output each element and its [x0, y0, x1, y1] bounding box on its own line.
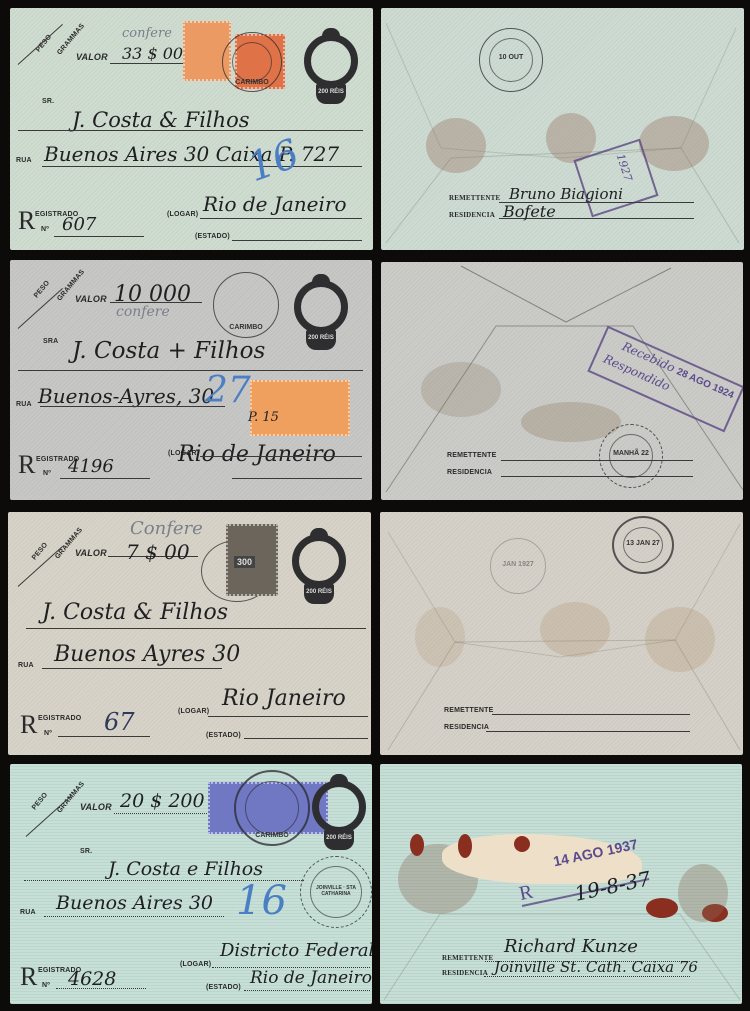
pencil-note: confere [122, 26, 172, 41]
registrado-label: EGISTRADO [38, 715, 81, 722]
numero-label: Nº [44, 730, 52, 737]
blue-mark: 27 [205, 370, 251, 411]
blue-mark: 16 [236, 878, 287, 924]
remettente-label: REMETTENTE [444, 707, 493, 714]
envelope-4-back: 14 AGO 1937 R 19-8-37 REMETTENTE Richard… [380, 764, 742, 1004]
postmark: CARIMBO [222, 32, 282, 92]
numero-label: Nº [42, 982, 50, 989]
postmark-faint: JAN 1927 [490, 538, 546, 594]
logar-label: (LOGAR) [178, 708, 209, 715]
registered-r: R [18, 206, 35, 236]
addressee: J. Costa e Filhos [108, 858, 263, 880]
envelope-1-front: PESO GRAMMAS VALOR 33 $ 000 confere CARI… [10, 8, 373, 250]
estado-label: (ESTADO) [206, 732, 241, 739]
numero-label: Nº [43, 470, 51, 477]
logar-label: (LOGAR) [167, 211, 198, 218]
remettente-label: REMETTENTE [447, 452, 496, 459]
pencil-note: Confere [130, 518, 203, 539]
sender-residence: Bofete [503, 202, 556, 221]
rua-label: RUA [20, 909, 36, 916]
postmark: CARIMBO [234, 770, 310, 846]
sender-residence: Joinville St. Cath. Caixa 76 [494, 958, 698, 976]
pencil-note: confere [116, 304, 170, 320]
rua-label: RUA [18, 662, 34, 669]
valor-label: VALOR [75, 294, 107, 304]
envelope-4-front: PESO GRAMMAS VALOR 20 $ 200 CARIMBO 200 … [10, 764, 372, 1004]
estado-label: (ESTADO) [195, 233, 230, 240]
residencia-label: RESIDENCIA [449, 211, 495, 219]
registered-r: R [20, 710, 37, 740]
printed-indicia: 200 RÉIS [302, 28, 360, 108]
valor-value: 20 $ 200 [120, 790, 205, 812]
envelope-3-back: JAN 1927 13 JAN 27 REMETTENTE RESIDENCIA [380, 512, 743, 755]
street: Buenos-Ayres, 30 [38, 384, 214, 408]
sr-label: SR. [42, 98, 54, 105]
rua-label: RUA [16, 401, 32, 408]
logar-value: Rio de Janeiro [203, 192, 347, 216]
remettente-label: REMETTENTE [449, 194, 500, 202]
residencia-label: RESIDENCIA [444, 724, 489, 731]
postmark: 13 JAN 27 [612, 516, 674, 574]
numero-label: Nº [41, 226, 49, 233]
addressee: J. Costa & Filhos [42, 600, 228, 625]
salutation: SRA [43, 338, 58, 345]
residencia-label: RESIDENCIA [447, 469, 492, 476]
printed-indicia: 200 RÉIS [310, 774, 368, 854]
registration-number: 67 [104, 708, 135, 736]
valor-label: VALOR [76, 52, 108, 62]
registered-r: R [18, 450, 35, 480]
addressee: J. Costa + Filhos [72, 338, 265, 364]
postmark-joinville: JOINVILLE · STA CATHARINA [300, 856, 372, 928]
street: Buenos Ayres 30 [54, 642, 240, 667]
envelope-3-front: PESO GRAMMAS VALOR 7 $ 00 Confere 300 20… [8, 512, 371, 755]
estado-value: Rio de Janeiro [250, 968, 372, 988]
envelope-2-front: PESO GRAMMAS VALOR 10 000 confere CARIMB… [10, 260, 372, 500]
residencia-label: RESIDENCIA [442, 969, 488, 977]
note: P. 15 [248, 410, 279, 425]
envelope-2-back: Recebido 28 AGO 1924 Respondido MANHÃ 22… [381, 262, 743, 500]
stamp-orange-pair [250, 380, 350, 436]
logar-label: (LOGAR) [180, 961, 211, 968]
registration-number: 4628 [68, 968, 116, 990]
printed-indicia: 200 RÉIS [290, 528, 348, 608]
printed-indicia: 200 RÉIS [292, 274, 350, 354]
registered-r: R [20, 962, 37, 992]
street: Buenos Aires 30 [56, 892, 213, 914]
valor-label: VALOR [75, 548, 107, 558]
postmark: MANHÃ 22 [599, 424, 663, 488]
logar-value: Districto Federal [220, 940, 372, 961]
addressee: J. Costa & Filhos [72, 108, 250, 132]
postmark: 10 OUT [479, 28, 543, 92]
envelope-1-back: 10 OUT 1927 REMETTENTE Bruno Biagioni RE… [381, 8, 744, 250]
stamp-grey-300: 300 [226, 524, 278, 596]
logar-value: Rio Janeiro [222, 686, 346, 711]
sender-name: Richard Kunze [504, 936, 638, 957]
registration-number: 607 [62, 214, 96, 235]
registration-number: 4196 [68, 456, 114, 477]
logar-value: Rio de Janeiro [178, 442, 336, 467]
postmark: CARIMBO [213, 272, 279, 338]
valor-value: 7 $ 00 [126, 540, 190, 564]
valor-label: VALOR [80, 802, 112, 812]
sr-label: SR. [80, 848, 92, 855]
sender-name: Bruno Biagioni [509, 185, 623, 203]
estado-label: (ESTADO) [206, 984, 241, 991]
rua-label: RUA [16, 157, 32, 164]
